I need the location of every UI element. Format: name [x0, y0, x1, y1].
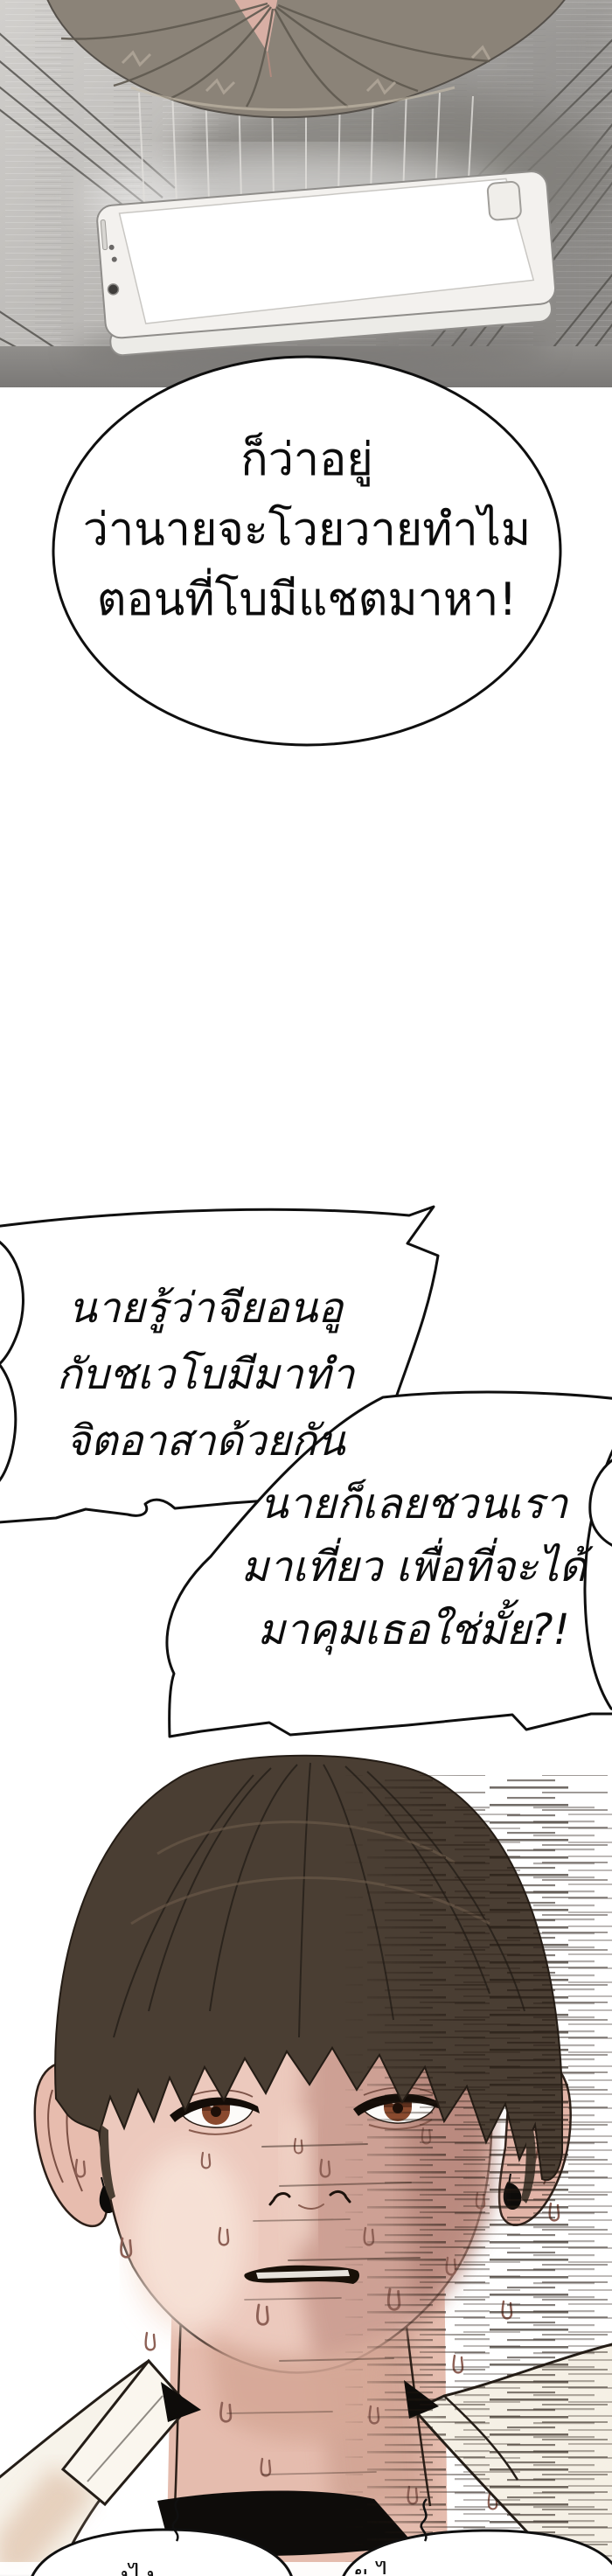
bubble-3-line: นายก็เลยชวนเรา — [219, 1472, 609, 1535]
bubble-1-text: ก็ว่าอยู่ ว่านายจะโวยวายทำไม ตอนที่โบมีแ… — [52, 425, 561, 635]
bubble-3-line: มาเที่ยว เพื่อที่จะได้ — [219, 1535, 609, 1598]
bubble-1-line: ก็ว่าอยู่ — [52, 425, 561, 495]
webtoon-page: ก็ว่าอยู่ ว่านายจะโวยวายทำไม ตอนที่โบมีแ… — [0, 0, 612, 2576]
bubble-4-partial-text-left: งไง — [92, 2563, 179, 2576]
bubble-3-text: นายก็เลยชวนเรา มาเที่ยว เพื่อที่จะได้ มา… — [219, 1472, 609, 1661]
bubble-3-line: มาคุมเธอใช่มั้ย?! — [219, 1598, 609, 1661]
bubble-2-line: จิตอาสาด้วยกัน — [19, 1408, 392, 1474]
portrait-illustration — [0, 1749, 612, 2576]
bubble-2-line: กับชเวโบมีมาทำ — [19, 1341, 392, 1408]
panel-phone-desk — [0, 0, 612, 387]
bubble-4-partial-text-right: ย ไ — [328, 2561, 415, 2574]
bubble-2-text: นายรู้ว่าจียอนอู กับชเวโบมีมาทำ จิตอาสาด… — [19, 1275, 392, 1474]
phone-home-button — [487, 181, 521, 220]
bubble-1-line: ว่านายจะโวยวายทำไม — [52, 495, 561, 565]
bubble-2-line: นายรู้ว่าจียอนอู — [19, 1275, 392, 1341]
phone-camera-lens — [108, 283, 119, 295]
bubble-1-line: ตอนที่โบมีแชตมาหา! — [52, 565, 561, 635]
